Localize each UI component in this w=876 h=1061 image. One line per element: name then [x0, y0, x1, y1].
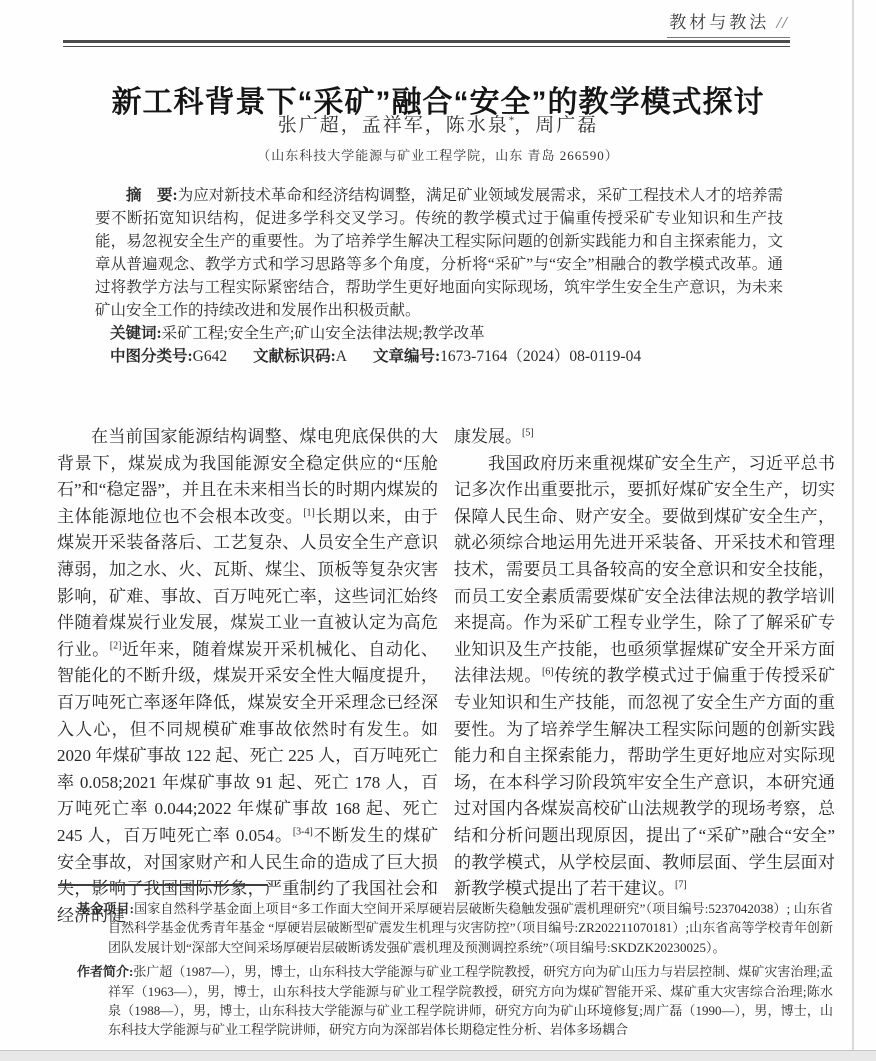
fund-note-text: 国家自然科学基金面上项目“多工作面大空间开采厚硬岩层破断失稳触发强矿震机理研究”… — [108, 901, 833, 955]
journal-page: 教材与教法 // 新工科背景下“采矿”融合“安全”的教学模式探讨 张广超，孟祥军… — [0, 0, 876, 1061]
abstract-paragraph: 摘 要:为应对新技术革命和经济结构调整，满足矿业领域发展需求，采矿工程技术人才的… — [95, 184, 783, 322]
authors-names-tail: ，周广磊 — [514, 115, 598, 136]
page-right-edge-line — [852, 0, 854, 1061]
clc-label: 中图分类号: — [110, 348, 193, 365]
keywords-text: 采矿工程;安全生产;矿山安全法律法规;教学改革 — [162, 325, 485, 342]
bio-note-text: 张广超（1987—），男，博士，山东科技大学能源与矿业工程学院教授，研究方向为矿… — [108, 964, 833, 1037]
doc-code-label: 文献标识码: — [253, 348, 336, 365]
section-header-label: 教材与教法 — [669, 13, 769, 32]
authors-names: 张广超，孟祥军，陈水泉 — [278, 115, 509, 136]
body-paragraph: 在当前国家能源结构调整、煤电兜底保供的大背景下，煤炭成为我国能源安全稳定供应的“… — [57, 424, 438, 929]
meta-line: 中图分类号:G642文献标识码:A文章编号:1673-7164（2024）08-… — [95, 345, 783, 368]
article-id-value: 1673-7164（2024）08-0119-04 — [440, 348, 641, 365]
footnotes-block: 基金项目:国家自然科学基金面上项目“多工作面大空间开采厚硬岩层破断失稳触发强矿震… — [77, 899, 833, 1045]
slashes-ornament-icon: // — [777, 13, 788, 32]
left-column: 在当前国家能源结构调整、煤电兜底保供的大背景下，煤炭成为我国能源安全稳定供应的“… — [57, 424, 438, 929]
abstract-text: 为应对新技术革命和经济结构调整，满足矿业领域发展需求，采矿工程技术人才的培养需要… — [95, 187, 783, 319]
page-bottom-edge — [0, 1050, 876, 1061]
right-column: 康发展。[5] 我国政府历来重视煤矿安全生产，习近平总书记多次作出重要批示，要抓… — [454, 424, 835, 929]
keywords-label: 关键词: — [110, 325, 162, 342]
body-paragraph: 我国政府历来重视煤矿安全生产，习近平总书记多次作出重要批示，要抓好煤矿安全生产，… — [454, 451, 835, 903]
authors-line: 张广超，孟祥军，陈水泉*，周广磊 — [48, 110, 828, 137]
section-header: 教材与教法 // — [667, 8, 790, 38]
running-header: 教材与教法 // — [63, 8, 790, 47]
bio-note: 作者简介:张广超（1987—），男，博士，山东科技大学能源与矿业工程学院教授，研… — [77, 962, 833, 1040]
body-paragraph: 康发展。[5] — [454, 424, 835, 451]
article-id-label: 文章编号: — [373, 348, 440, 365]
fund-note-label: 基金项目: — [77, 901, 134, 916]
bio-note-label: 作者简介: — [77, 964, 133, 979]
doc-code-value: A — [336, 348, 347, 365]
fund-note: 基金项目:国家自然科学基金面上项目“多工作面大空间开采厚硬岩层破断失稳触发强矿震… — [77, 899, 833, 957]
abstract-block: 摘 要:为应对新技术革命和经济结构调整，满足矿业领域发展需求，采矿工程技术人才的… — [95, 184, 783, 368]
footnote-divider — [58, 884, 268, 886]
abstract-label: 摘 要: — [126, 187, 178, 204]
keywords-line: 关键词:采矿工程;安全生产;矿山安全法律法规;教学改革 — [95, 322, 783, 345]
affiliation-line: （山东科技大学能源与矿业工程学院，山东 青岛 266590） — [48, 145, 828, 164]
body-columns: 在当前国家能源结构调整、煤电兜底保供的大背景下，煤炭成为我国能源安全稳定供应的“… — [57, 424, 835, 929]
header-double-rule — [63, 40, 790, 47]
clc-value: G642 — [193, 348, 227, 365]
